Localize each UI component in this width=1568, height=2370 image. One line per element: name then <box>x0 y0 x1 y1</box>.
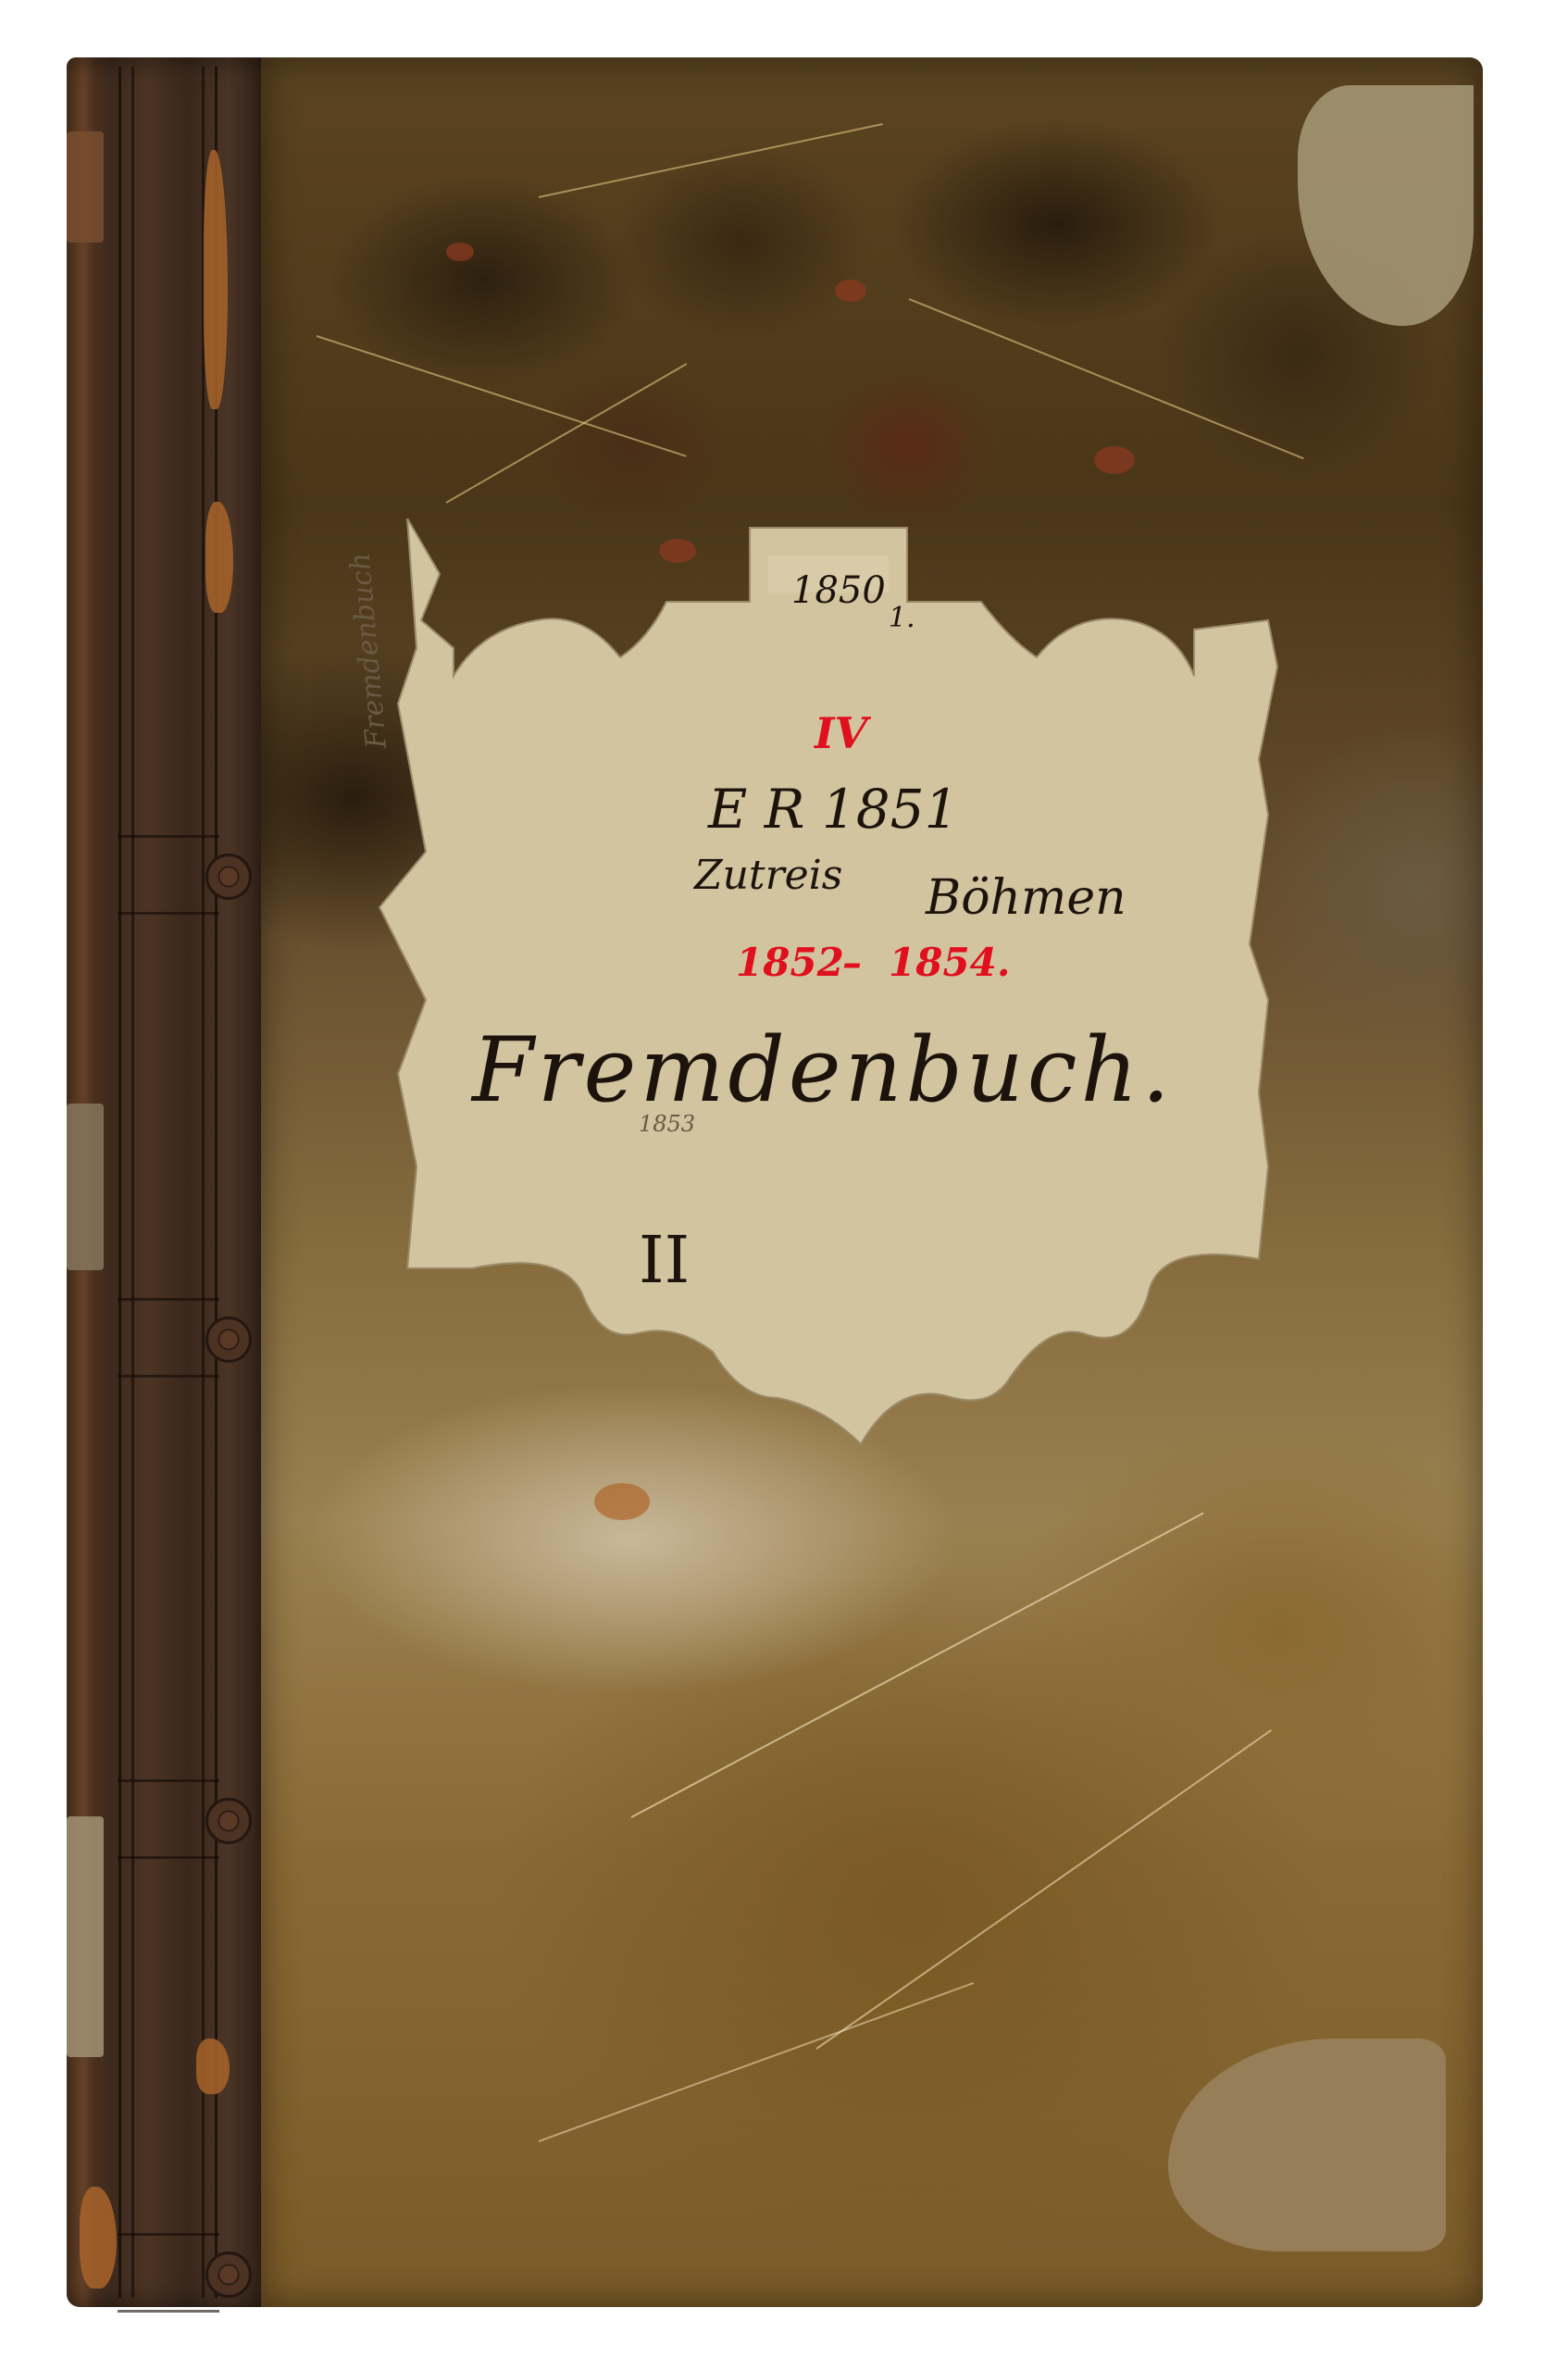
red-year-separator: – <box>842 940 862 985</box>
spine-rosette-icon <box>205 1316 252 1363</box>
marble-vein <box>909 298 1304 459</box>
spine-rosette-icon <box>205 854 252 900</box>
red-year-start: 1852 <box>736 940 844 985</box>
crown-mark: 1. <box>889 602 915 634</box>
spine-rosette-icon <box>205 1798 252 1844</box>
spine-rosette-icon <box>205 2251 252 2298</box>
crown-year: 1850 <box>791 569 886 612</box>
spine-wear <box>67 1104 104 1270</box>
crack-line <box>815 1729 1272 2050</box>
small-year: 1853 <box>639 1111 695 1137</box>
inscription-district: Zutreis <box>694 852 842 899</box>
marble-fleck <box>594 1483 650 1520</box>
title-label: 1850 1. IV E R 1851 Zutreis Böhmen 1852 … <box>342 518 1305 1453</box>
rust-stain <box>80 2187 117 2289</box>
marble-fleck <box>835 280 866 302</box>
marble-vein <box>539 123 883 198</box>
inscription-region: Böhmen <box>926 870 1126 926</box>
worn-corner <box>1168 2039 1446 2251</box>
marble-vein <box>446 363 688 504</box>
rust-stain <box>204 150 228 409</box>
marble-fleck <box>1094 446 1135 474</box>
tooled-fan <box>118 835 219 915</box>
red-volume-number: IV <box>815 708 867 758</box>
red-year-end: 1854. <box>889 940 1011 985</box>
volume-mark: II <box>639 1222 690 1298</box>
tooled-fan <box>118 2233 219 2313</box>
spine-wear <box>67 131 104 243</box>
inscription-line-1: E R 1851 <box>708 778 959 841</box>
rust-stain <box>196 2039 230 2094</box>
crack-line <box>539 1982 975 2142</box>
tooled-fan <box>118 1779 219 1859</box>
book-title: Fremdenbuch. <box>472 1018 1174 1122</box>
rust-stain <box>205 502 233 613</box>
worn-corner <box>1298 85 1474 326</box>
cartouche-shape <box>342 518 1305 1453</box>
crack-line <box>631 1512 1204 1817</box>
marble-fleck <box>446 243 474 261</box>
leather-spine <box>67 57 268 2307</box>
spine-wear <box>67 1816 104 2057</box>
tooled-fan <box>118 1298 219 1378</box>
book: 1850 1. IV E R 1851 Zutreis Böhmen 1852 … <box>67 57 1483 2307</box>
